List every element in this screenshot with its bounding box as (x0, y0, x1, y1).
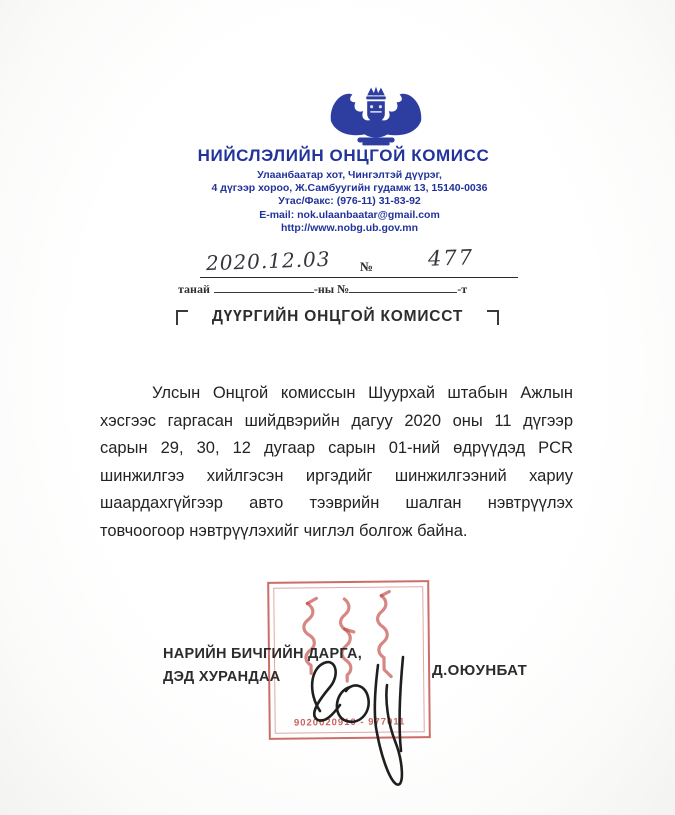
blank-underline (214, 281, 314, 293)
phone-line: Утас/Факс: (976-11) 31-83-92 (24, 195, 675, 208)
letterhead-address-block: Улаанбаатар хот, Чингэлтэй дүүрэг, 4 дүг… (0, 169, 675, 235)
corner-bracket-left-icon (176, 310, 188, 325)
handwritten-signature-ink (286, 627, 421, 797)
recipient-line: ДҮҮРГИЙН ОНЦГОЙ КОМИССТ (0, 308, 675, 334)
reply-prefix: танай (178, 282, 210, 296)
reply-reference-line: танай-ны №-т (178, 281, 467, 297)
website-line: http://www.nobg.ub.gov.mn (24, 222, 675, 235)
letter-body-paragraph: Улсын Онцгой комиссын Шуурхай штабын Ажл… (100, 380, 573, 545)
reply-middle: -ны № (314, 282, 349, 296)
blank-underline (349, 281, 457, 293)
signer-name: Д.ОЮУНБАТ (432, 662, 527, 679)
reply-suffix: -т (457, 282, 467, 296)
handwritten-date: 2020.12.03 (206, 247, 331, 275)
organization-title: НИЙСЛЭЛИЙН ОНЦГОЙ КОМИСС (0, 146, 675, 166)
recipient-title: ДҮҮРГИЙН ОНЦГОЙ КОМИССТ (212, 308, 463, 326)
address-line-2: 4 дүгээр хороо, Ж.Самбуугийн гудамж 13, … (24, 182, 675, 195)
reference-line: 2020.12.03 № 477 (200, 249, 518, 278)
handwritten-number: 477 (428, 245, 475, 271)
official-letter-document: НИЙСЛЭЛИЙН ОНЦГОЙ КОМИСС Улаанбаатар хот… (0, 0, 675, 815)
address-line-1: Улаанбаатар хот, Чингэлтэй дүүрэг, (24, 169, 675, 182)
corner-bracket-right-icon (487, 310, 499, 325)
email-line: E-mail: nok.ulaanbaatar@gmail.com (24, 209, 675, 222)
garuda-emblem-icon (327, 85, 425, 147)
number-sign: № (360, 259, 373, 275)
